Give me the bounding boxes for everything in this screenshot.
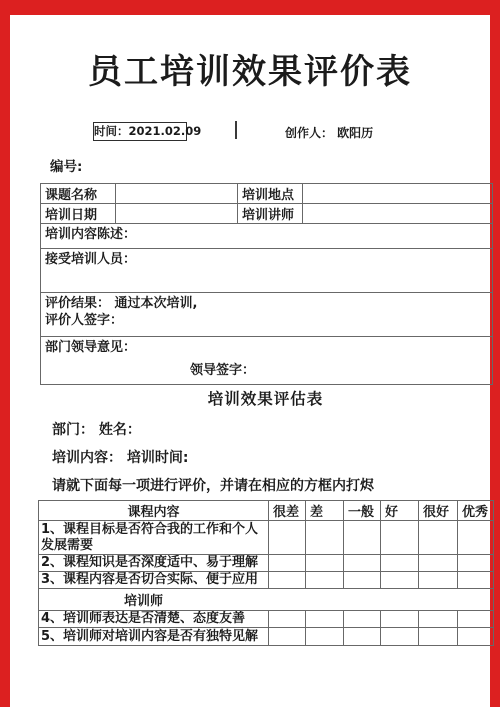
rating-cell (344, 628, 381, 646)
training-instructor-value (303, 204, 493, 224)
rating-cell (306, 555, 344, 572)
rating-cell (419, 611, 458, 628)
rating-cell (269, 555, 306, 572)
rating-cell (269, 611, 306, 628)
training-date-value (116, 204, 238, 224)
rating-cell (381, 521, 419, 555)
grid-header-course-content: 课程内容 (39, 501, 269, 521)
grid-item-text: 3、课程内容是否切合实际、便于应用 (39, 572, 269, 589)
table-row-date-instructor: 培训日期 培训讲师 (41, 204, 493, 224)
grid-row-4: 4、培训师表达是否清楚、态度友善 (39, 611, 494, 628)
rating-cell (419, 555, 458, 572)
grid-header-excellent: 优秀 (458, 501, 494, 521)
table-row-topic-location: 课题名称 培训地点 (41, 184, 493, 204)
leader-opinion-cell: 部门领导意见： 领导签字： (41, 337, 493, 385)
dept-name-line: 部门： 姓名： (52, 419, 141, 439)
grid-header-good: 好 (381, 501, 419, 521)
number-field: 编号: (50, 155, 82, 175)
rating-cell (458, 555, 494, 572)
rating-cell (269, 572, 306, 589)
grid-row-5: 5、培训师对培训内容是否有独特见解 (39, 628, 494, 646)
topic-name-value (116, 184, 238, 204)
rating-cell (269, 628, 306, 646)
rating-cell (306, 611, 344, 628)
trainees-cell: 接受培训人员： (41, 249, 493, 293)
grid-item-text: 2、课程知识是否深度适中、易于理解 (39, 555, 269, 572)
rating-cell (419, 572, 458, 589)
grid-header-very-good: 很好 (419, 501, 458, 521)
rating-cell (381, 611, 419, 628)
red-frame-left (0, 0, 10, 707)
grid-row-2: 2、课程知识是否深度适中、易于理解 (39, 555, 494, 572)
rating-cell (458, 611, 494, 628)
rating-cell (306, 521, 344, 555)
topic-name-label: 课题名称 (41, 184, 116, 204)
creator-field: 创作人： 欧阳历 (285, 124, 373, 141)
content-time-line: 培训内容： 培训时间: (52, 447, 188, 467)
rating-cell (344, 572, 381, 589)
rating-cell (458, 572, 494, 589)
grid-header-average: 一般 (344, 501, 381, 521)
training-instructor-label: 培训讲师 (238, 204, 303, 224)
page-title: 员工培训效果评价表 (0, 44, 500, 93)
grid-row-3: 3、课程内容是否切合实际、便于应用 (39, 572, 494, 589)
table-row-leader-opinion: 部门领导意见： 领导签字： (41, 337, 493, 385)
evaluator-signature-label: 评价人签字： (45, 312, 492, 329)
vertical-divider (235, 121, 237, 139)
rating-cell (269, 521, 306, 555)
rating-cell (458, 628, 494, 646)
rating-cell (344, 521, 381, 555)
grid-header-very-poor: 很差 (269, 501, 306, 521)
evaluation-cell: 评价结果： 通过本次培训, 评价人签字： (41, 293, 493, 337)
document-page: 员工培训效果评价表 时间：2021.02.09 创作人： 欧阳历 编号: 课题名… (0, 0, 500, 707)
rating-cell (458, 521, 494, 555)
rating-cell (381, 572, 419, 589)
time-field: 时间：2021.02.09 (93, 122, 187, 141)
grid-header-row: 课程内容 很差 差 一般 好 很好 优秀 (39, 501, 494, 521)
assessment-grid: 课程内容 很差 差 一般 好 很好 优秀 1、课程目标是否符合我的工作和个人发展… (38, 500, 494, 646)
assessment-heading: 培训效果评估表 (38, 387, 493, 409)
grid-row-1: 1、课程目标是否符合我的工作和个人发展需要 (39, 521, 494, 555)
training-location-value (303, 184, 493, 204)
grid-header-poor: 差 (306, 501, 344, 521)
instruction-line: 请就下面每一项进行评价，并请在相应的方框内打烬 (52, 475, 374, 495)
grid-item-text: 5、培训师对培训内容是否有独特见解 (39, 628, 269, 646)
rating-cell (381, 555, 419, 572)
red-frame-top (0, 0, 500, 15)
rating-cell (381, 628, 419, 646)
rating-cell (306, 628, 344, 646)
rating-cell (344, 555, 381, 572)
grid-section-row-trainer: 培训师 (39, 589, 494, 611)
grid-item-text: 4、培训师表达是否清楚、态度友善 (39, 611, 269, 628)
rating-cell (306, 572, 344, 589)
grid-section-label: 培训师 (39, 589, 494, 611)
training-date-label: 培训日期 (41, 204, 116, 224)
table-row-evaluation: 评价结果： 通过本次培训, 评价人签字： (41, 293, 493, 337)
leader-signature-label: 领导签字： (45, 362, 492, 379)
rating-cell (419, 628, 458, 646)
leader-opinion-label: 部门领导意见： (45, 339, 492, 356)
table-row-content-statement: 培训内容陈述： (41, 224, 493, 249)
info-table: 课题名称 培训地点 培训日期 培训讲师 培训内容陈述： 接受培训人员： 评价结果… (40, 183, 493, 385)
table-row-trainees: 接受培训人员： (41, 249, 493, 293)
rating-cell (419, 521, 458, 555)
evaluation-result-text: 评价结果： 通过本次培训, (45, 295, 492, 312)
content-statement-cell: 培训内容陈述： (41, 224, 493, 249)
grid-item-text: 1、课程目标是否符合我的工作和个人发展需要 (39, 521, 269, 555)
training-location-label: 培训地点 (238, 184, 303, 204)
rating-cell (344, 611, 381, 628)
